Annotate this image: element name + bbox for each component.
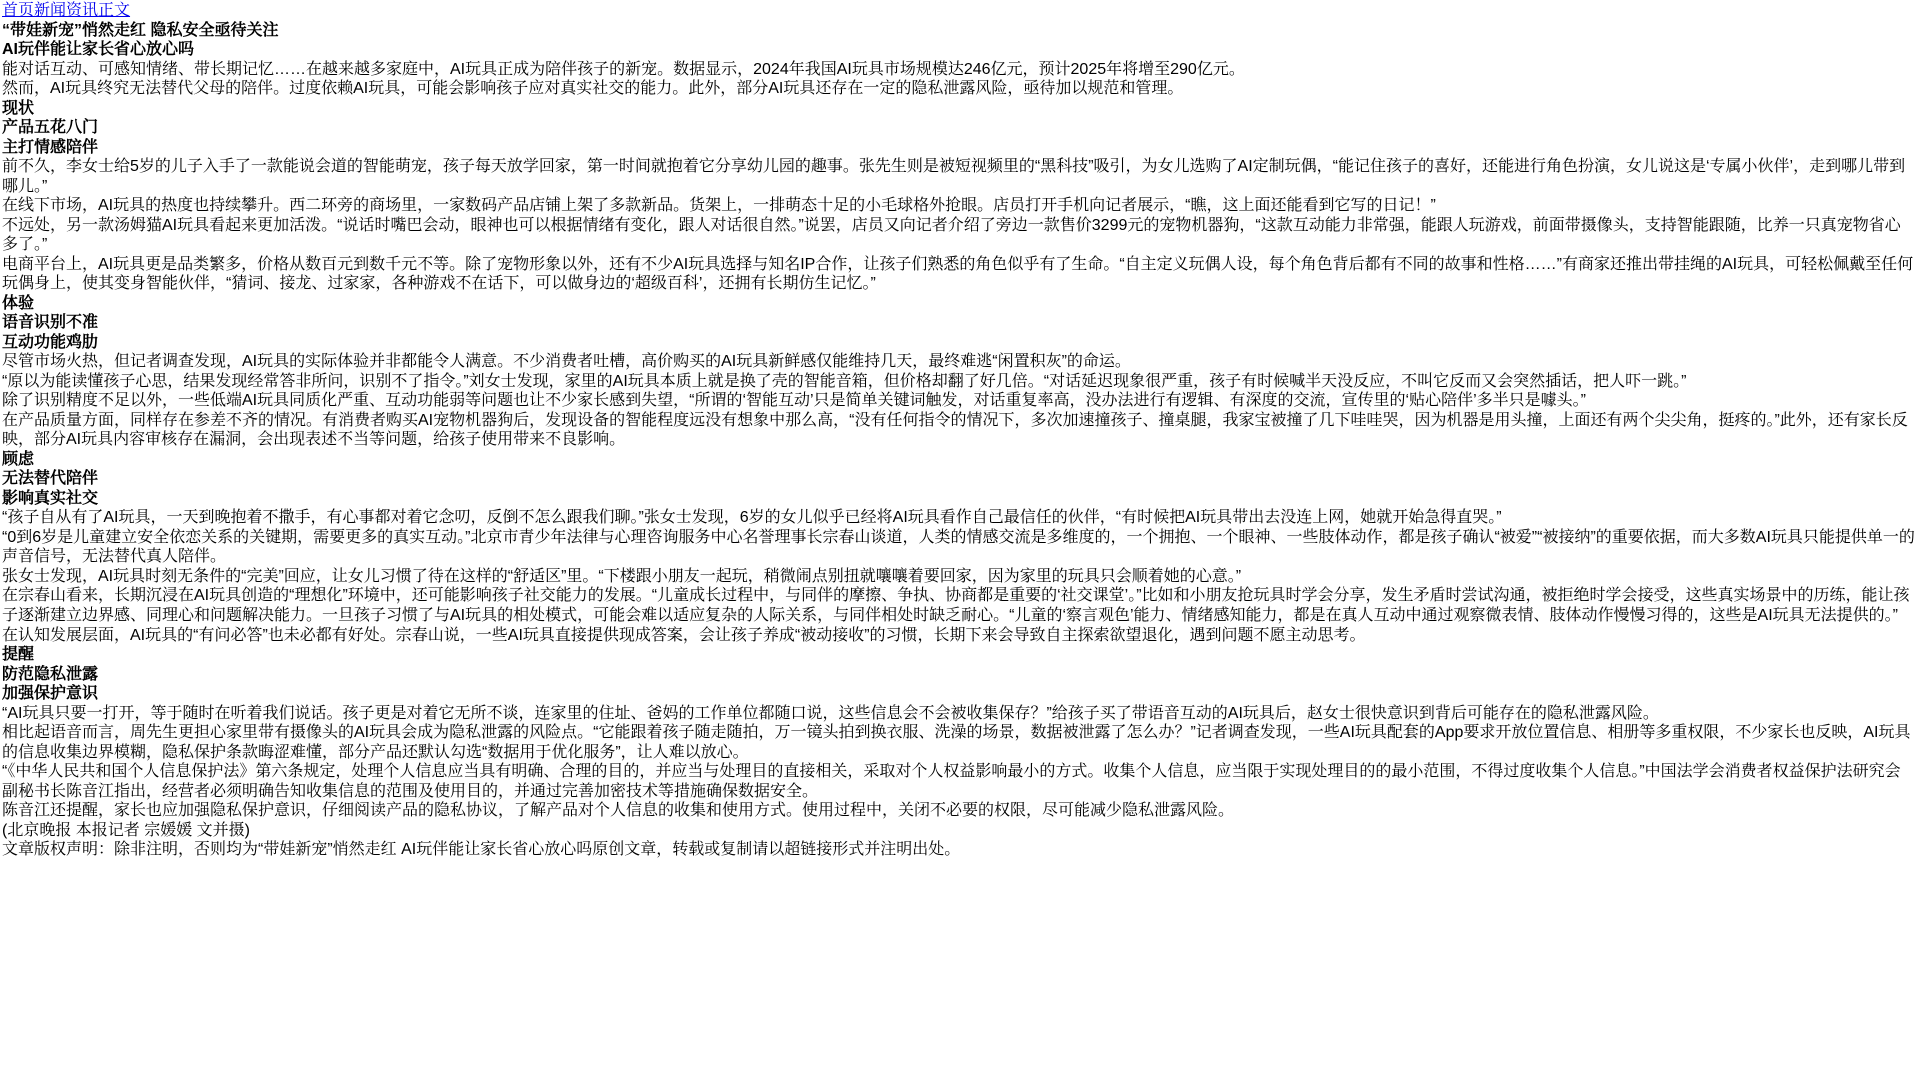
- article-paragraph: “《中华人民共和国个人信息保护法》第六条规定，处理个人信息应当具有明确、合理的目…: [2, 762, 1916, 801]
- section-subheading: 语音识别不准: [2, 313, 1916, 333]
- article-paragraph: 电商平台上，AI玩具更是品类繁多，价格从数百元到数千元不等。除了宠物形象以外，还…: [2, 255, 1916, 294]
- section-heading-reminder: 提醒: [2, 645, 1916, 665]
- section-subheading: 影响真实社交: [2, 489, 1916, 509]
- article-paragraph: 前不久，李女士给5岁的儿子入手了一款能说会道的智能萌宠，孩子每天放学回家，第一时…: [2, 157, 1916, 196]
- section-subheading: 加强保护意识: [2, 684, 1916, 704]
- section-heading-status: 现状: [2, 99, 1916, 119]
- section-subheading: 产品五花八门: [2, 118, 1916, 138]
- article-title: “带娃新宠”悄然走红 隐私安全亟待关注: [2, 21, 1916, 41]
- section-subheading: 主打情感陪伴: [2, 138, 1916, 158]
- article-paragraph: 在认知发展层面，AI玩具的“有问必答”也未必都有好处。宗春山说，一些AI玩具直接…: [2, 626, 1916, 646]
- breadcrumb-link-home[interactable]: 首页: [2, 2, 34, 19]
- article-paragraph: 陈音江还提醒，家长也应加强隐私保护意识，仔细阅读产品的隐私协议，了解产品对个人信…: [2, 801, 1916, 821]
- article-paragraph: “原以为能读懂孩子心思，结果发现经常答非所问，识别不了指令。”刘女士发现，家里的…: [2, 372, 1916, 392]
- article-paragraph: 能对话互动、可感知情绪、带长期记忆……在越来越多家庭中，AI玩具正成为陪伴孩子的…: [2, 60, 1916, 80]
- section-subheading: 互动功能鸡肋: [2, 333, 1916, 353]
- breadcrumb: 首页新闻资讯正文: [2, 1, 1916, 21]
- article-paragraph: 然而，AI玩具终究无法替代父母的陪伴。过度依赖AI玩具，可能会影响孩子应对真实社…: [2, 79, 1916, 99]
- section-heading-experience: 体验: [2, 294, 1916, 314]
- article-paragraph: “AI玩具只要一打开，等于随时在听着我们说话。孩子更是对着它无所不谈，连家里的住…: [2, 704, 1916, 724]
- breadcrumb-link-news-category[interactable]: 新闻资讯: [34, 2, 98, 19]
- article-paragraph: “孩子自从有了AI玩具，一天到晚抱着不撒手，有心事都对着它念叨，反倒不怎么跟我们…: [2, 508, 1916, 528]
- breadcrumb-link-current-article[interactable]: 正文: [98, 2, 130, 19]
- article-subtitle: AI玩伴能让家长省心放心吗: [2, 40, 1916, 60]
- article-paragraph: 相比起语音而言，周先生更担心家里带有摄像头的AI玩具会成为隐私泄露的风险点。“它…: [2, 723, 1916, 762]
- article-paragraph: “0到6岁是儿童建立安全依恋关系的关键期，需要更多的真实互动。”北京市青少年法律…: [2, 528, 1916, 567]
- article-paragraph: 在线下市场，AI玩具的热度也持续攀升。西二环旁的商场里，一家数码产品店铺上架了多…: [2, 196, 1916, 216]
- article-paragraph: 张女士发现，AI玩具时刻无条件的“完美”回应，让女儿习惯了待在这样的“舒适区”里…: [2, 567, 1916, 587]
- article-paragraph: 在宗春山看来，长期沉浸在AI玩具创造的“理想化”环境中，还可能影响孩子社交能力的…: [2, 586, 1916, 625]
- article-paragraph: 不远处，另一款汤姆猫AI玩具看起来更加活泼。“说话时嘴巴会动，眼神也可以根据情绪…: [2, 216, 1916, 255]
- article-paragraph: 尽管市场火热，但记者调查发现，AI玩具的实际体验并非都能令人满意。不少消费者吐槽…: [2, 352, 1916, 372]
- section-subheading: 防范隐私泄露: [2, 665, 1916, 685]
- article-paragraph: 除了识别精度不足以外，一些低端AI玩具同质化严重、互动功能弱等问题也让不少家长感…: [2, 391, 1916, 411]
- article-copyright-notice: 文章版权声明：除非注明，否则均为“带娃新宠”悄然走红 AI玩伴能让家长省心放心吗…: [2, 840, 1916, 860]
- article-paragraph: 在产品质量方面，同样存在参差不齐的情况。有消费者购买AI宠物机器狗后，发现设备的…: [2, 411, 1916, 450]
- section-heading-concerns: 顾虑: [2, 450, 1916, 470]
- section-subheading: 无法替代陪伴: [2, 469, 1916, 489]
- article-byline: (北京晚报 本报记者 宗媛媛 文并摄): [2, 821, 1916, 841]
